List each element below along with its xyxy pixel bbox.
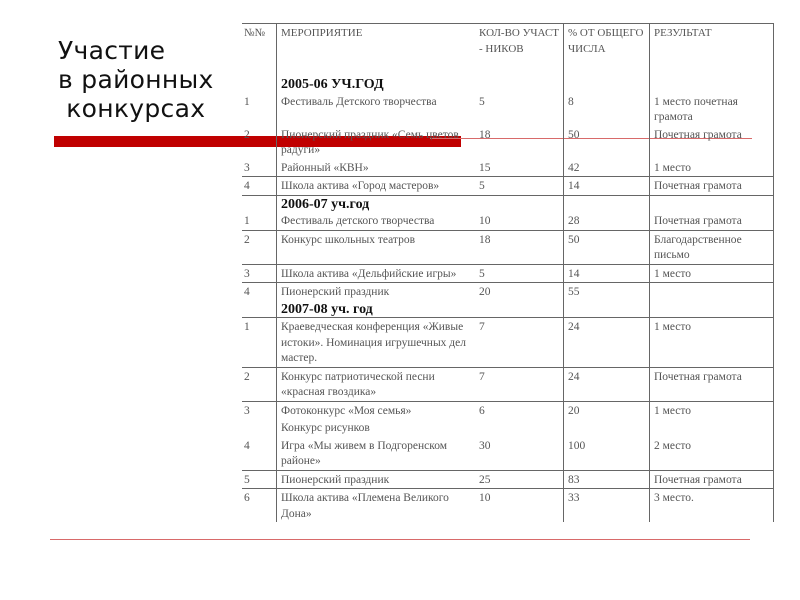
- row-percent: 55: [564, 283, 650, 301]
- header-count: КОЛ-ВО УЧАСТ - НИКОВ: [475, 24, 564, 77]
- row-result: 1 место: [650, 318, 774, 368]
- row-result: 3 место.: [650, 489, 774, 523]
- row-count: 10: [475, 212, 564, 230]
- row-event: Игра «Мы живем в Подгоренском районе»: [277, 437, 476, 471]
- year-row: 2005-06 УЧ.ГОД: [242, 76, 774, 93]
- table-row: 3Районный «КВН»15421 место: [242, 159, 774, 177]
- row-count: [475, 419, 564, 437]
- row-percent: 8: [564, 93, 650, 126]
- row-event: Пионерский праздник: [277, 283, 476, 301]
- table-row: 4Школа актива «Город мастеров»514Почетна…: [242, 177, 774, 196]
- empty-cell: [564, 301, 650, 318]
- row-num: 1: [242, 212, 277, 230]
- row-percent: 50: [564, 126, 650, 159]
- row-count: 5: [475, 93, 564, 126]
- row-event: Школа актива «Дельфийские игры»: [277, 264, 476, 283]
- year-label: 2007-08 уч. год: [277, 301, 476, 318]
- row-percent: 14: [564, 177, 650, 196]
- row-percent: [564, 419, 650, 437]
- row-num: 4: [242, 437, 277, 471]
- row-count: 30: [475, 437, 564, 471]
- row-event: Школа актива «Племена Великого Дона»: [277, 489, 476, 523]
- row-percent: 24: [564, 367, 650, 401]
- row-count: 18: [475, 126, 564, 159]
- table-row: 3Фотоконкурс «Моя семья»6201 место: [242, 401, 774, 419]
- empty-cell: [242, 195, 277, 212]
- row-result: 1 место: [650, 401, 774, 419]
- row-percent: 28: [564, 212, 650, 230]
- table-row: 1Краеведческая конференция «Живые истоки…: [242, 318, 774, 368]
- row-num: 2: [242, 230, 277, 264]
- row-event: Краеведческая конференция «Живые истоки»…: [277, 318, 476, 368]
- header-percent: % ОТ ОБЩЕГО ЧИСЛА: [564, 24, 650, 77]
- empty-cell: [475, 195, 564, 212]
- table-row: 4Игра «Мы живем в Подгоренском районе»30…: [242, 437, 774, 471]
- empty-cell: [475, 301, 564, 318]
- table-row: 2Пионерский праздник «Семь цветов радуги…: [242, 126, 774, 159]
- row-result: [650, 419, 774, 437]
- row-percent: 14: [564, 264, 650, 283]
- row-count: 5: [475, 177, 564, 196]
- row-event: Пионерский праздник: [277, 470, 476, 489]
- table-row: Конкурс рисунков: [242, 419, 774, 437]
- header-num: №№: [242, 24, 277, 77]
- row-percent: 83: [564, 470, 650, 489]
- table-row: 2Конкурс школьных театров1850Благодарств…: [242, 230, 774, 264]
- row-result: 1 место: [650, 264, 774, 283]
- row-count: 20: [475, 283, 564, 301]
- empty-cell: [650, 195, 774, 212]
- row-result: [650, 283, 774, 301]
- table-row: 3Школа актива «Дельфийские игры»5141 мес…: [242, 264, 774, 283]
- row-count: 5: [475, 264, 564, 283]
- row-percent: 20: [564, 401, 650, 419]
- row-result: Почетная грамота: [650, 367, 774, 401]
- row-result: Почетная грамота: [650, 126, 774, 159]
- row-count: 7: [475, 367, 564, 401]
- row-result: 1 место почетная грамота: [650, 93, 774, 126]
- row-num: 4: [242, 177, 277, 196]
- row-num: 3: [242, 401, 277, 419]
- row-result: Почетная грамота: [650, 470, 774, 489]
- row-event: Районный «КВН»: [277, 159, 476, 177]
- table-row: 6Школа актива «Племена Великого Дона»103…: [242, 489, 774, 523]
- row-percent: 33: [564, 489, 650, 523]
- empty-cell: [475, 76, 564, 93]
- empty-cell: [564, 195, 650, 212]
- row-num: 4: [242, 283, 277, 301]
- year-row: 2006-07 уч.год: [242, 195, 774, 212]
- row-num: 2: [242, 126, 277, 159]
- row-num: 3: [242, 159, 277, 177]
- table-header-row: №№ МЕРОПРИЯТИЕ КОЛ-ВО УЧАСТ - НИКОВ % ОТ…: [242, 24, 774, 77]
- slide-title: Участие в районных конкурсах: [58, 36, 214, 123]
- header-result: РЕЗУЛЬТАТ: [650, 24, 774, 77]
- competitions-table: №№ МЕРОПРИЯТИЕ КОЛ-ВО УЧАСТ - НИКОВ % ОТ…: [242, 23, 774, 522]
- row-count: 7: [475, 318, 564, 368]
- empty-cell: [242, 76, 277, 93]
- row-event: Конкурс патриотической песни «красная гв…: [277, 367, 476, 401]
- row-num: 2: [242, 367, 277, 401]
- empty-cell: [242, 301, 277, 318]
- table-row: 4Пионерский праздник2055: [242, 283, 774, 301]
- table-row: 1Фестиваль Детского творчества581 место …: [242, 93, 774, 126]
- header-event: МЕРОПРИЯТИЕ: [277, 24, 476, 77]
- row-count: 15: [475, 159, 564, 177]
- row-num: 1: [242, 318, 277, 368]
- row-event: Школа актива «Город мастеров»: [277, 177, 476, 196]
- row-result: 1 место: [650, 159, 774, 177]
- row-result: Благодарственное письмо: [650, 230, 774, 264]
- row-num: 1: [242, 93, 277, 126]
- row-num: 6: [242, 489, 277, 523]
- year-label: 2005-06 УЧ.ГОД: [277, 76, 476, 93]
- row-result: 2 место: [650, 437, 774, 471]
- row-num: 5: [242, 470, 277, 489]
- row-count: 18: [475, 230, 564, 264]
- table-row: 2Конкурс патриотической песни «красная г…: [242, 367, 774, 401]
- row-count: 10: [475, 489, 564, 523]
- accent-line-bottom: [50, 539, 750, 540]
- row-event: Фестиваль детского творчества: [277, 212, 476, 230]
- row-percent: 100: [564, 437, 650, 471]
- year-row: 2007-08 уч. год: [242, 301, 774, 318]
- empty-cell: [650, 76, 774, 93]
- table-row: 1Фестиваль детского творчества1028Почетн…: [242, 212, 774, 230]
- row-event: Конкурс рисунков: [277, 419, 476, 437]
- row-result: Почетная грамота: [650, 212, 774, 230]
- row-num: 3: [242, 264, 277, 283]
- empty-cell: [564, 76, 650, 93]
- row-event: Фестиваль Детского творчества: [277, 93, 476, 126]
- row-result: Почетная грамота: [650, 177, 774, 196]
- empty-cell: [650, 301, 774, 318]
- row-event: Конкурс школьных театров: [277, 230, 476, 264]
- row-count: 6: [475, 401, 564, 419]
- row-event: Фотоконкурс «Моя семья»: [277, 401, 476, 419]
- row-count: 25: [475, 470, 564, 489]
- row-percent: 24: [564, 318, 650, 368]
- row-num: [242, 419, 277, 437]
- year-label: 2006-07 уч.год: [277, 195, 476, 212]
- row-event: Пионерский праздник «Семь цветов радуги»: [277, 126, 476, 159]
- row-percent: 42: [564, 159, 650, 177]
- table-row: 5Пионерский праздник2583Почетная грамота: [242, 470, 774, 489]
- row-percent: 50: [564, 230, 650, 264]
